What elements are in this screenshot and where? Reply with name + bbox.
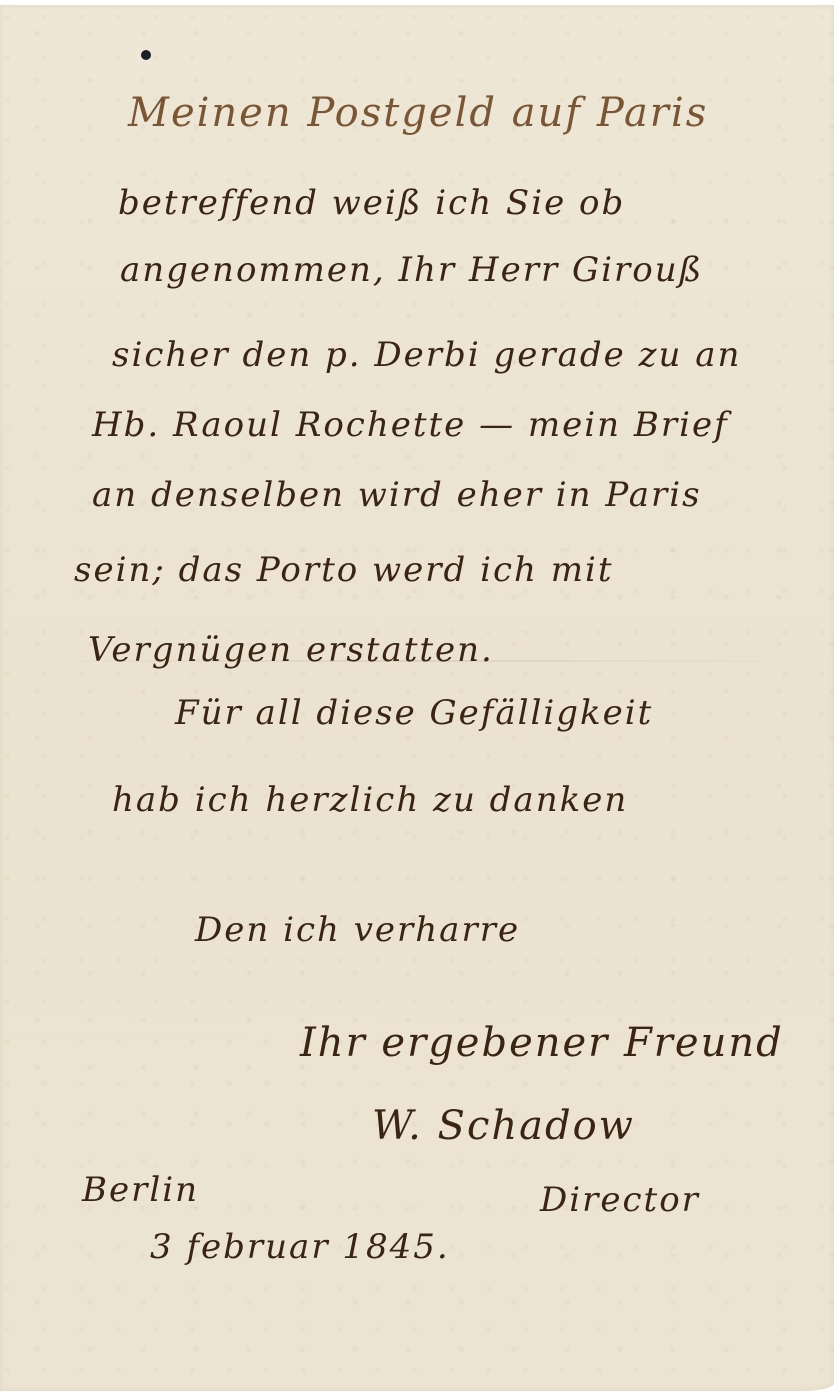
letter-line-3: angenommen, Ihr Herr Girouß <box>120 250 703 290</box>
letter-line-6: an denselben wird eher in Paris <box>92 475 702 515</box>
letter-line-4: sicher den p. Derbi gerade zu an <box>112 335 741 375</box>
letter-line-5: Hb. Raoul Rochette — mein Brief <box>92 405 729 445</box>
letter-paper: Meinen Postgeld auf Paris betreffend wei… <box>0 5 834 1391</box>
letter-line-7: sein; das Porto werd ich mit <box>74 550 614 590</box>
letter-line-9: Für all diese Gefälligkeit <box>175 693 653 733</box>
letter-date: 3 februar 1845. <box>150 1227 450 1267</box>
letter-closing: Den ich verharre <box>195 910 520 950</box>
letter-signature: W. Schadow <box>372 1103 635 1149</box>
ink-dot <box>141 50 151 60</box>
letter-line-10: hab ich herzlich zu danken <box>112 780 628 820</box>
letter-valediction: Ihr ergebener Freund <box>300 1020 784 1066</box>
signature-title: Director <box>540 1180 700 1220</box>
letter-line-1: Meinen Postgeld auf Paris <box>128 90 708 136</box>
letter-place: Berlin <box>82 1170 199 1210</box>
letter-line-8: Vergnügen erstatten. <box>88 630 494 670</box>
letter-line-2: betreffend weiß ich Sie ob <box>118 183 625 223</box>
